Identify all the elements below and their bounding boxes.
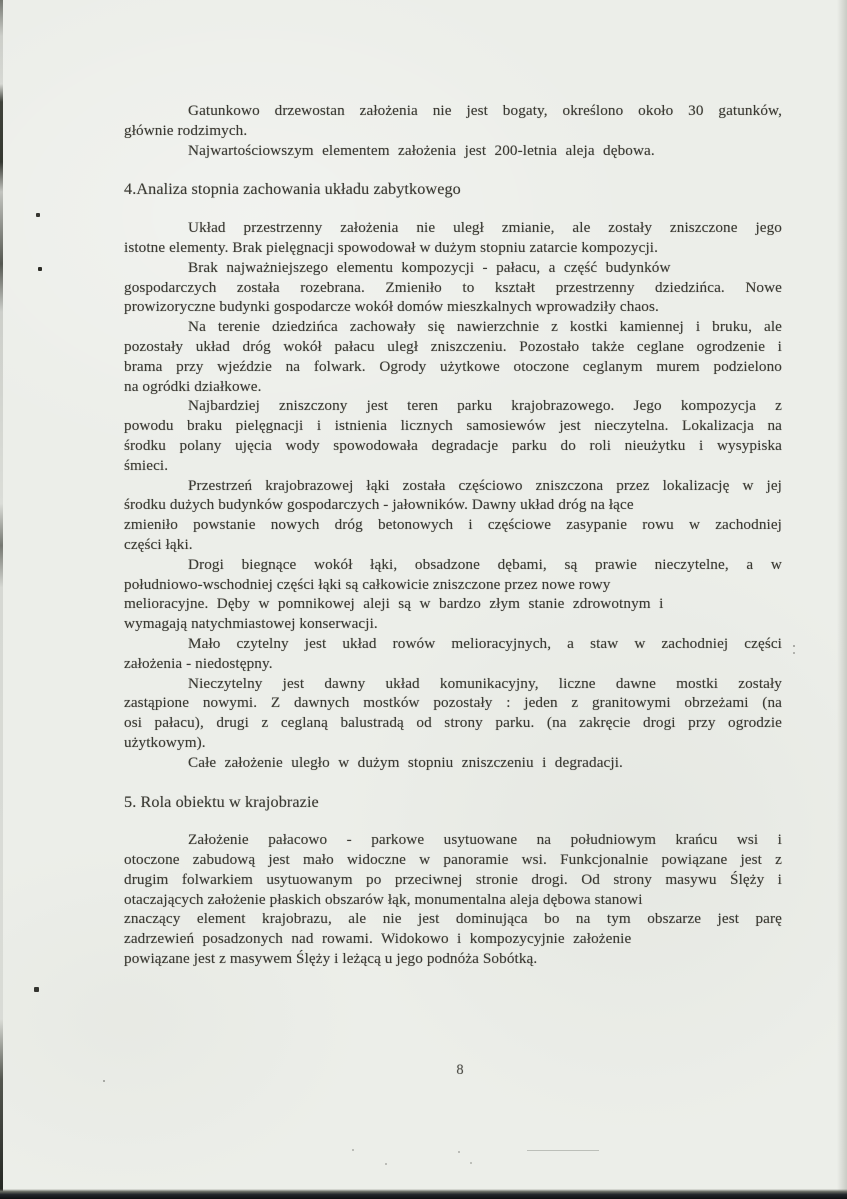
paragraph: Najwartościowszym elementem założenia je…	[124, 141, 782, 161]
text-line: melioracyjne. Dęby w pomnikowej aleji są…	[124, 594, 782, 614]
scan-speck	[34, 987, 39, 992]
scan-speck	[458, 1151, 460, 1153]
paragraph: Całe założenie uległo w dużym stopniu zn…	[124, 753, 782, 773]
text-line: istotne elementy. Brak pielęgnacji spowo…	[124, 238, 782, 258]
paragraph: Mało czytelny jest układ rowów melioracy…	[124, 634, 782, 674]
left-scan-edge-shadow	[0, 0, 3, 1199]
scan-speck	[38, 267, 42, 271]
paragraph: Gatunkowo drzewostan założenia nie jest …	[124, 101, 782, 141]
text-line: środku polany ujęcia wody spowodowała de…	[124, 436, 782, 456]
scan-speck	[385, 1163, 387, 1165]
text-line: pozostały układ dróg wokół pałacu uległ …	[124, 337, 782, 357]
text-line: Drogi biegnące wokół łąki, obsadzone dęb…	[124, 555, 782, 575]
text-line: środku dużych budynków gospodarczych - j…	[124, 495, 782, 515]
text-line: powodu braku pielęgnacji i istnienia lic…	[124, 416, 782, 436]
scan-speck	[793, 652, 795, 654]
text-line: 4.Analiza stopnia zachowania układu zaby…	[124, 180, 782, 200]
text-line: brama przy wjeździe na folwark. Ogrody u…	[124, 357, 782, 377]
text-line: otaczających założenie płaskich obszarów…	[124, 890, 782, 910]
paragraph: Brak najważniejszego elementu kompozycji…	[124, 258, 782, 317]
text-line: śmieci.	[124, 456, 782, 476]
text-line: prowizoryczne budynki gospodarcze wokół …	[124, 297, 782, 317]
text-line: południowo-wschodniej części łąki są cał…	[124, 575, 782, 595]
page-number: 8	[430, 1062, 490, 1079]
text-line: Założenie pałacowo - parkowe usytuowane …	[124, 830, 782, 850]
paragraph: Nieczytelny jest dawny układ komunikacyj…	[124, 674, 782, 753]
scan-streak	[527, 1150, 599, 1151]
paragraph: Drogi biegnące wokół łąki, obsadzone dęb…	[124, 555, 782, 634]
text-line: drugim folwarkiem usytuowanym po przeciw…	[124, 870, 782, 890]
bottom-scan-edge-strip	[0, 1189, 847, 1199]
paragraph: Układ przestrzenny założenia nie uległ z…	[124, 218, 782, 258]
text-line: wymagają natychmiastowej konserwacji.	[124, 614, 782, 634]
text-line: Brak najważniejszego elementu kompozycji…	[124, 258, 782, 278]
text-column: Gatunkowo drzewostan założenia nie jest …	[124, 0, 782, 969]
paragraph: Założenie pałacowo - parkowe usytuowane …	[124, 830, 782, 969]
paragraph: Na terenie dziedzińca zachowały się nawi…	[124, 317, 782, 396]
paragraph: Przestrzeń krajobrazowej łąki została cz…	[124, 476, 782, 555]
text-line: Najwartościowszym elementem założenia je…	[124, 141, 782, 161]
text-line: zadrzewień posadzonych nad rowami. Widok…	[124, 929, 782, 949]
text-line: gospodarczych została rozebrana. Zmienił…	[124, 278, 782, 298]
text-line: zastąpione nowymi. Z dawnych mostków poz…	[124, 693, 782, 713]
text-line: założenia - niedostępny.	[124, 654, 782, 674]
scan-speck	[103, 1080, 105, 1082]
scan-speck	[352, 1149, 354, 1151]
text-line: Całe założenie uległo w dużym stopniu zn…	[124, 753, 782, 773]
text-line: głównie rodzimych.	[124, 121, 782, 141]
text-line: Przestrzeń krajobrazowej łąki została cz…	[124, 476, 782, 496]
right-scan-edge-shadow	[837, 0, 847, 1199]
text-line: części łąki.	[124, 535, 782, 555]
text-line: na ogródki działkowe.	[124, 377, 782, 397]
text-line: Mało czytelny jest układ rowów melioracy…	[124, 634, 782, 654]
text-line: osi pałacu), drugi z ceglaną balustradą …	[124, 713, 782, 733]
scan-speck	[470, 1162, 472, 1164]
scan-speck	[793, 645, 795, 647]
paragraph: Najbardziej zniszczony jest teren parku …	[124, 396, 782, 475]
scan-speck	[36, 213, 40, 217]
text-line: otoczone zabudową jest mało widoczne w p…	[124, 850, 782, 870]
text-line: zmieniło powstanie nowych dróg betonowyc…	[124, 515, 782, 535]
section-heading: 5. Rola obiektu w krajobrazie	[124, 793, 782, 813]
text-line: Nieczytelny jest dawny układ komunikacyj…	[124, 674, 782, 694]
text-line: Układ przestrzenny założenia nie uległ z…	[124, 218, 782, 238]
text-line: 5. Rola obiektu w krajobrazie	[124, 793, 782, 813]
text-line: znaczący element krajobrazu, ale nie jes…	[124, 909, 782, 929]
section-heading: 4.Analiza stopnia zachowania układu zaby…	[124, 180, 782, 200]
text-line: Na terenie dziedzińca zachowały się nawi…	[124, 317, 782, 337]
text-line: użytkowym).	[124, 733, 782, 753]
text-line: powiązane jest z masywem Ślęży i leżącą …	[124, 949, 782, 969]
text-line: Najbardziej zniszczony jest teren parku …	[124, 396, 782, 416]
text-line: Gatunkowo drzewostan założenia nie jest …	[124, 101, 782, 121]
